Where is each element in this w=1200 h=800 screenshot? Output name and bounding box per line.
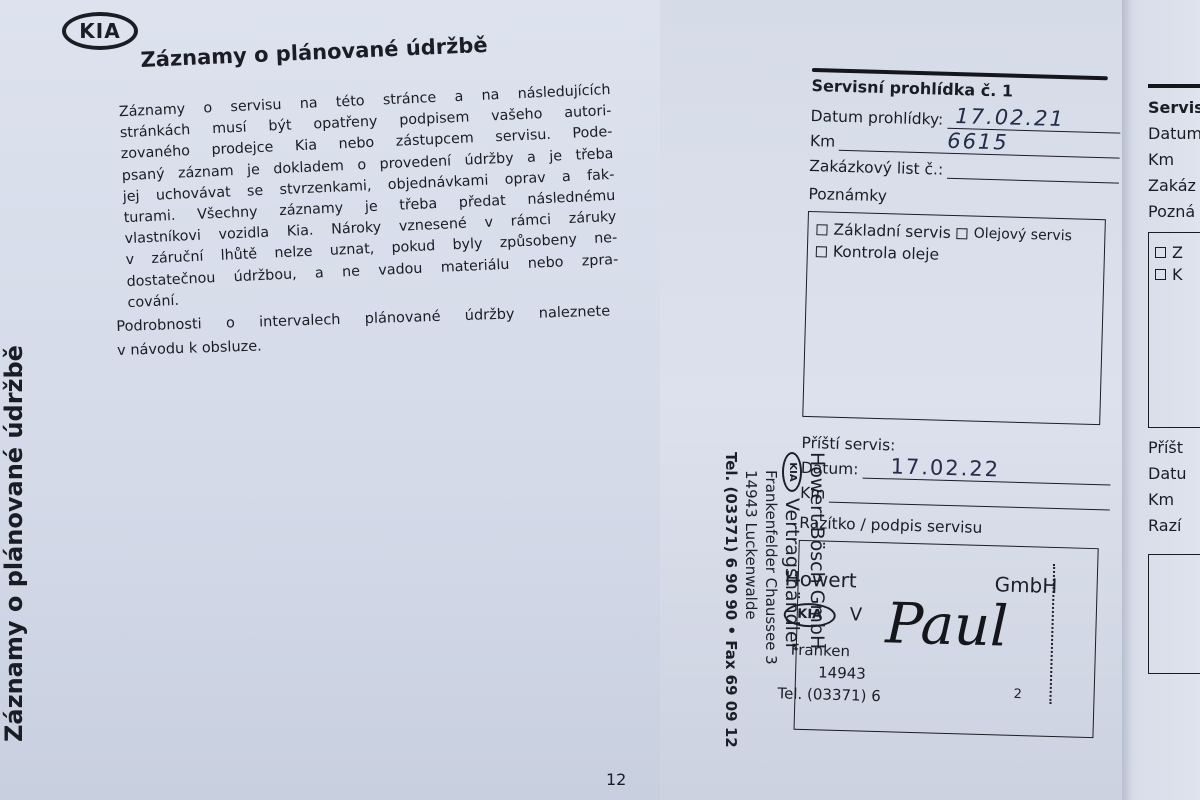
next-next-km-label: Km <box>1148 490 1200 516</box>
checkbox-label: Z <box>1172 243 1183 262</box>
checkbox-oil-service[interactable] <box>957 228 968 239</box>
page-title: Záznamy o plánované údržbě <box>140 33 488 72</box>
next-stamp-label: Razí <box>1148 516 1200 542</box>
checkbox-row: K <box>1155 263 1200 285</box>
next-heading: Servis <box>1148 98 1200 124</box>
checkbox-label: Olejový servis <box>974 226 1073 245</box>
order-label: Zakázkový list č.: <box>809 157 943 179</box>
checkbox[interactable] <box>1155 247 1166 258</box>
next-service-form-partial: Servis Datum Km Zakáz Pozná Z K Příšt Da… <box>1148 84 1200 674</box>
signature: Paul <box>885 591 1009 659</box>
notes-box[interactable]: Základní servis Olejový servis Kontrola … <box>802 211 1106 425</box>
dealer-stamp-imprint: Howert GmbH KIA V Franken 14943 Tel. (03… <box>795 541 1098 737</box>
checkbox-label: Kontrola oleje <box>833 243 940 264</box>
next-date-label: Datum <box>1148 124 1200 150</box>
kia-logo: KIA <box>62 12 138 50</box>
stamp-text: 14943 <box>818 663 866 682</box>
km-value: 6615 <box>947 129 1009 155</box>
intro-paragraph: Záznamy o servisu na této stránce a na n… <box>119 80 620 314</box>
stamp-text: Tel. (03371) 6 <box>777 684 881 705</box>
stamp-text: 2 <box>1013 687 1022 702</box>
next-notes-box[interactable]: Z K <box>1148 232 1200 428</box>
km-label: Km <box>810 132 836 151</box>
checkbox[interactable] <box>1155 269 1166 280</box>
heading-rule <box>1148 84 1200 88</box>
side-title-vertical: Záznamy o plánované údržbě <box>0 345 28 742</box>
stamp-text: V <box>849 604 862 625</box>
checkbox-row: Z <box>1155 241 1200 263</box>
kia-logo-small: KIA <box>782 452 802 492</box>
next-km-label: Km <box>1148 150 1200 176</box>
next-km-label: Km <box>800 484 826 503</box>
left-page: KIA Záznamy o plánované údržbě Záznamy o… <box>0 0 660 800</box>
next-date-value: 17.02.22 <box>890 454 1000 481</box>
next-stamp-box[interactable] <box>1148 554 1200 674</box>
dealer-street: Frankenfelder Chaussee 3 <box>760 452 780 748</box>
stamp-signature-box[interactable]: Howert GmbH KIA V Franken 14943 Tel. (03… <box>794 540 1099 738</box>
stamp-text: Franken <box>791 641 851 661</box>
next-date-label: Datum: <box>801 459 859 479</box>
stamp-label: Razítko / podpis servisu <box>799 514 983 537</box>
inspection-date-value: 17.02.21 <box>955 104 1065 131</box>
stamp-text: Howert <box>784 566 857 592</box>
checkbox-oil-check[interactable] <box>816 246 827 257</box>
next-service-section: Příští servis: Datum: 17.02.22 Km Razítk… <box>794 427 1112 739</box>
next-next-service-label: Příšt <box>1148 438 1200 464</box>
service-form: Servisní prohlídka č. 1 Datum prohlídky:… <box>794 68 1122 738</box>
next-notes-label: Pozná <box>1148 202 1200 228</box>
page-number: 12 <box>606 770 626 789</box>
dealer-city: 14943 Luckenwalde <box>740 452 760 748</box>
next-page-edge: Servis Datum Km Zakáz Pozná Z K Příšt Da… <box>1122 0 1200 800</box>
next-order-label: Zakáz <box>1148 176 1200 202</box>
checkbox-label: Základní servis <box>833 221 951 242</box>
next-next-date-label: Datu <box>1148 464 1200 490</box>
checkbox-label: K <box>1172 265 1183 284</box>
dealer-contact: Tel. (03371) 6 90 90 • Fax 69 09 12 <box>720 452 740 748</box>
checkbox-basic-service[interactable] <box>816 224 827 235</box>
